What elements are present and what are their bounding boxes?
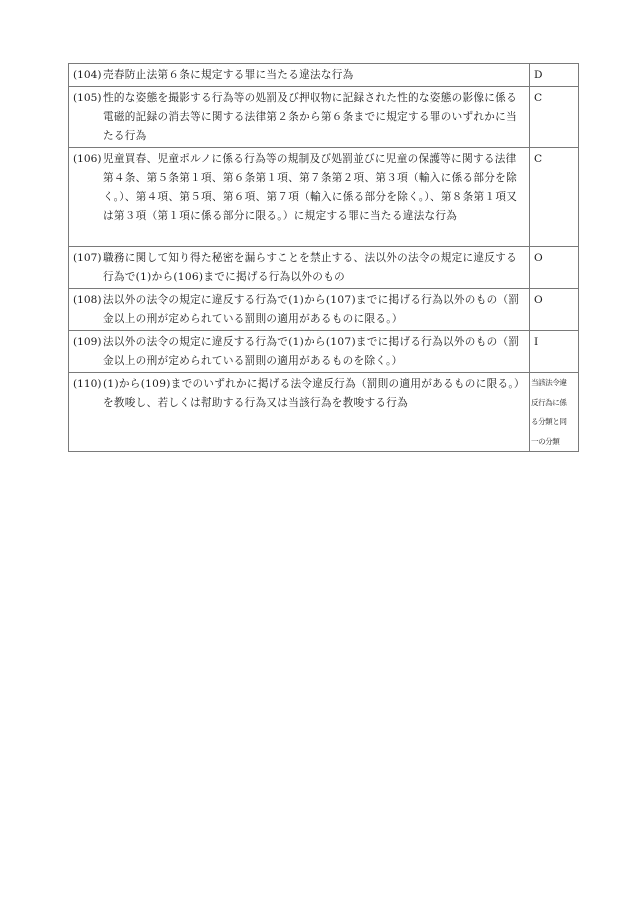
- row-description: (107)職務に関して知り得た秘密を漏らすことを禁止する、法以外の法令の規定に違…: [69, 247, 530, 289]
- classification-line: 一の分類: [531, 432, 577, 452]
- row-classification: C: [530, 87, 579, 148]
- row-classification: D: [530, 64, 579, 87]
- row-text: (1)から(109)までのいずれかに掲げる法令違反行為（罰則の適用があるものに限…: [103, 378, 525, 409]
- row-number: (107): [73, 249, 103, 268]
- row-classification: O: [530, 247, 579, 289]
- row-text: 児童買春、児童ポルノに係る行為等の規制及び処罰並びに児童の保護等に関する法律第４…: [103, 153, 517, 222]
- classification-line: る分類と同: [531, 412, 577, 432]
- row-text: 法以外の法令の規定に違反する行為で(1)から(107)までに掲げる行為以外のもの…: [103, 294, 519, 325]
- row-classification: O: [530, 289, 579, 331]
- violation-classification-table: (104)売春防止法第６条に規定する罪に当たる違法な行為 D (105)性的な姿…: [68, 63, 579, 452]
- row-text: 売春防止法第６条に規定する罪に当たる違法な行為: [103, 69, 354, 81]
- table-row-105: (105)性的な姿態を撮影する行為等の処罰及び押収物に記録された性的な姿態の影像…: [69, 87, 579, 148]
- classification-code: C: [534, 89, 575, 108]
- table-row-108: (108)法以外の法令の規定に違反する行為で(1)から(107)までに掲げる行為…: [69, 289, 579, 331]
- table-row-110: (110)(1)から(109)までのいずれかに掲げる法令違反行為（罰則の適用があ…: [69, 373, 579, 452]
- classification-code: O: [534, 291, 575, 310]
- row-description: (108)法以外の法令の規定に違反する行為で(1)から(107)までに掲げる行為…: [69, 289, 530, 331]
- row-description: (106)児童買春、児童ポルノに係る行為等の規制及び処罰並びに児童の保護等に関す…: [69, 148, 530, 247]
- table-row-106: (106)児童買春、児童ポルノに係る行為等の規制及び処罰並びに児童の保護等に関す…: [69, 148, 579, 247]
- table-row-109: (109)法以外の法令の規定に違反する行為で(1)から(107)までに掲げる行為…: [69, 331, 579, 373]
- row-text: 法以外の法令の規定に違反する行為で(1)から(107)までに掲げる行為以外のもの…: [103, 336, 519, 367]
- row-text: 性的な姿態を撮影する行為等の処罰及び押収物に記録された性的な姿態の影像に係る電磁…: [103, 92, 517, 142]
- row-description: (105)性的な姿態を撮影する行為等の処罰及び押収物に記録された性的な姿態の影像…: [69, 87, 530, 148]
- row-number: (104): [73, 66, 103, 85]
- row-number: (109): [73, 333, 103, 352]
- classification-line: 当該法令違: [531, 373, 577, 393]
- row-description: (109)法以外の法令の規定に違反する行為で(1)から(107)までに掲げる行為…: [69, 331, 530, 373]
- row-classification: I: [530, 331, 579, 373]
- row-description: (110)(1)から(109)までのいずれかに掲げる法令違反行為（罰則の適用があ…: [69, 373, 530, 452]
- row-classification: C: [530, 148, 579, 247]
- classification-code: I: [534, 333, 575, 352]
- row-number: (106): [73, 150, 103, 169]
- row-number: (105): [73, 89, 103, 108]
- row-description: (104)売春防止法第６条に規定する罪に当たる違法な行為: [69, 64, 530, 87]
- table-row-107: (107)職務に関して知り得た秘密を漏らすことを禁止する、法以外の法令の規定に違…: [69, 247, 579, 289]
- row-number: (108): [73, 291, 103, 310]
- classification-line: 反行為に係: [531, 393, 577, 413]
- row-text: 職務に関して知り得た秘密を漏らすことを禁止する、法以外の法令の規定に違反する行為…: [103, 252, 517, 283]
- row-number: (110): [73, 375, 103, 394]
- classification-code: C: [534, 150, 575, 169]
- classification-code: D: [534, 66, 575, 85]
- row-classification: 当該法令違 反行為に係 る分類と同 一の分類: [530, 373, 579, 452]
- classification-code: O: [534, 249, 575, 268]
- table-row-104: (104)売春防止法第６条に規定する罪に当たる違法な行為 D: [69, 64, 579, 87]
